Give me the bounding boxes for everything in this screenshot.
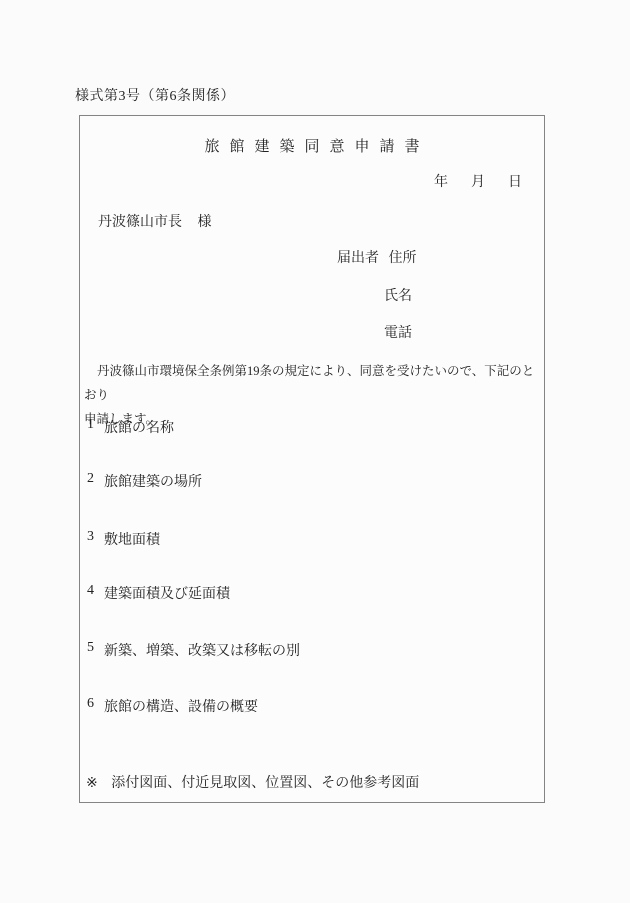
item-number: 5	[87, 640, 104, 660]
item-row-construction-type: 5 新築、増築、改築又は移転の別	[87, 640, 300, 660]
note-marker: ※	[86, 776, 98, 791]
form-title: 旅館建築同意申請書	[80, 135, 544, 156]
form-number: 様式第3号（第6条関係）	[75, 85, 235, 105]
item-number: 1	[87, 417, 104, 437]
address-label: 住所	[389, 251, 417, 266]
item-label: 新築、増築、改築又は移転の別	[104, 640, 300, 660]
date-line: 年 月 日	[434, 171, 522, 191]
item-label: 敷地面積	[104, 529, 160, 549]
item-row-ryokan-name: 1 旅館の名称	[87, 417, 174, 437]
addressee-name: 丹波篠山市長	[98, 215, 182, 230]
applicant-label: 届出者	[337, 251, 379, 266]
item-number: 3	[87, 529, 104, 549]
applicant-row: 届出者 住所	[337, 247, 417, 267]
item-label: 旅館建築の場所	[104, 471, 202, 491]
item-row-structure-facilities: 6 旅館の構造、設備の概要	[87, 696, 258, 716]
month-label: 月	[471, 171, 485, 191]
attachment-note-row: ※ 添付図面、付近見取図、位置図、その他参考図面	[86, 772, 419, 792]
item-row-building-area: 4 建築面積及び延面積	[87, 583, 230, 603]
phone-label: 電話	[384, 322, 412, 342]
name-label: 氏名	[384, 285, 412, 305]
day-label: 日	[508, 171, 522, 191]
item-number: 6	[87, 696, 104, 716]
item-label: 建築面積及び延面積	[104, 583, 230, 603]
item-label: 旅館の名称	[104, 417, 174, 437]
item-number: 4	[87, 583, 104, 603]
addressee-honorific: 様	[198, 215, 212, 230]
item-number: 2	[87, 471, 104, 491]
note-text: 添付図面、付近見取図、位置図、その他参考図面	[111, 776, 419, 791]
application-form-box: 旅館建築同意申請書 年 月 日 丹波篠山市長 様 届出者 住所 氏名 電話 丹波…	[79, 115, 545, 803]
item-row-construction-place: 2 旅館建築の場所	[87, 471, 202, 491]
item-row-site-area: 3 敷地面積	[87, 529, 160, 549]
item-label: 旅館の構造、設備の概要	[104, 696, 258, 716]
year-label: 年	[434, 171, 448, 191]
body-line-1: 丹波篠山市環境保全条例第19条の規定により、同意を受けたいので、下記のとおり	[84, 359, 540, 407]
addressee-row: 丹波篠山市長 様	[98, 211, 212, 231]
